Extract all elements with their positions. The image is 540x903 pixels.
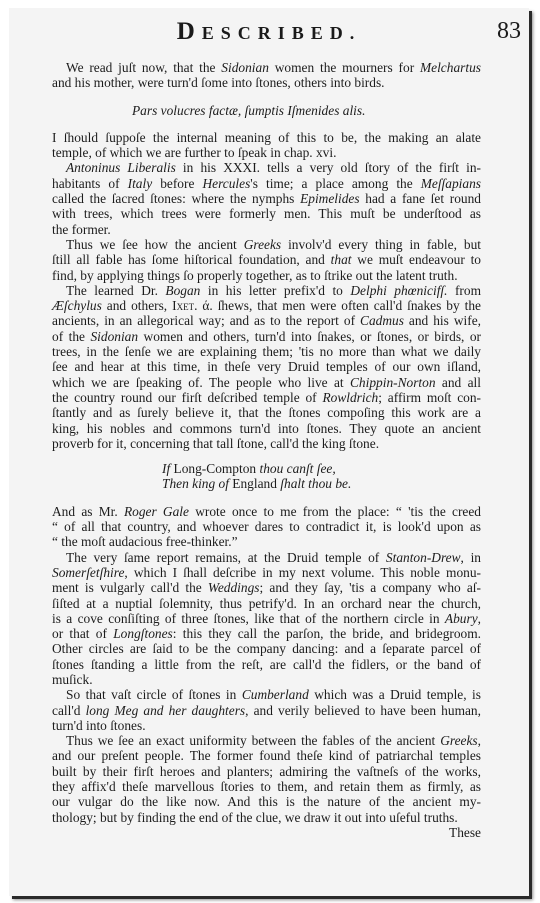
verse-line: If Long-Compton thou canſt ſee, [162, 461, 481, 476]
text-line: ſiſted at a nuptial ſolemnity, thus petr… [52, 596, 481, 611]
text-line: Thus we ſee how the ancient Greeks invol… [52, 237, 481, 252]
text-line: ment is vulgarly call'd the Weddings; an… [52, 580, 481, 595]
text-line: and our preſent people. The former found… [52, 748, 481, 763]
text-line: built by their firſt heroes and planters… [52, 764, 481, 779]
text-line: Antoninus Liberalis in his XXXI. tells a… [52, 160, 481, 175]
text-line: ſtones ſtanding a little from the reſt, … [52, 657, 481, 672]
text-line: turn'd into ſtones. [52, 718, 481, 733]
text-line: with trees, which trees were formerly me… [52, 206, 481, 221]
verse-proverb: If Long-Compton thou canſt ſee,Then king… [52, 461, 481, 492]
text-line: the former. [52, 222, 481, 237]
text-line: and his mother, were turn'd ſome into ſt… [52, 75, 481, 90]
text-line: trees, in the ſenſe we are explaining th… [52, 344, 481, 359]
text-line: I ſhould ſuppoſe the internal meaning of… [52, 130, 481, 145]
paragraph: So that vaſt circle of ſtones in Cumberl… [52, 687, 481, 733]
text-line: or that of Longſtones: this they call th… [52, 626, 481, 641]
page-body: We read juſt now, that the Sidonian wome… [52, 60, 481, 840]
text-line: So that vaſt circle of ſtones in Cumberl… [52, 687, 481, 702]
paragraph: Thus we ſee how the ancient Greeks invol… [52, 237, 481, 283]
text-line: ſee and hear at this time, in theſe very… [52, 359, 481, 374]
paragraph: We read juſt now, that the Sidonian wome… [52, 60, 481, 91]
verse-line: Then king of England ſhalt thou be. [162, 476, 481, 491]
text-line: Somerſetſhire, which I ſhall deſcribe in… [52, 565, 481, 580]
text-line: ſtantly and as ſurely believe it, that t… [52, 405, 481, 420]
text-line: is a cove conſiſting of three ſtones, li… [52, 611, 481, 626]
book-page: DESCRIBED. 83 We read juſt now, that the… [9, 8, 529, 896]
text-line: call'd long Meg and her daughters, and v… [52, 703, 481, 718]
text-line: of the Sidonian women and others, turn'd… [52, 329, 481, 344]
text-line: temple, of which we are further to ſpeak… [52, 145, 481, 160]
paragraph: The very ſame report remains, at the Dru… [52, 550, 481, 688]
paragraph: The learned Dr. Bogan in his letter pref… [52, 283, 481, 451]
latin-quotation: Pars volucres factæ, ſumptis Iſmenides a… [52, 103, 481, 118]
text-line: which we are ſpeaking of. The people who… [52, 375, 481, 390]
text-line: find, by applying things ſo properly tog… [52, 268, 481, 283]
text-line: The learned Dr. Bogan in his letter pref… [52, 283, 481, 298]
text-line: king, his nobles and commons turn'd into… [52, 421, 481, 436]
text-line: We read juſt now, that the Sidonian wome… [52, 60, 481, 75]
running-head-initial: D [177, 18, 202, 45]
text-line: Other circles are ſaid to be the company… [52, 641, 481, 656]
paragraph: And as Mr. Roger Gale wrote once to me f… [52, 504, 481, 550]
text-line: the country round our firſt deſcribed te… [52, 390, 481, 405]
text-line: “ the moſt audacious free-thinker.” [52, 534, 481, 549]
page-header: DESCRIBED. 83 [9, 18, 529, 48]
text-line: “ of all that country, and whoever dares… [52, 519, 481, 534]
text-line: The very ſame report remains, at the Dru… [52, 550, 481, 565]
text-line: And as Mr. Roger Gale wrote once to me f… [52, 504, 481, 519]
text-line: Thus we ſee an exact uniformity between … [52, 733, 481, 748]
text-line: they affix'd theſe marvellous ſtories to… [52, 779, 481, 794]
catchword: These [52, 825, 481, 840]
text-line: thology; but by finding the end of the c… [52, 810, 481, 825]
running-head-rest: ESCRIBED. [202, 23, 362, 43]
paragraph: I ſhould ſuppoſe the internal meaning of… [52, 130, 481, 161]
text-line: proverb for it, concerning that tall ſto… [52, 436, 481, 451]
text-line: Æſchylus and others, Ixeτ. ά. ſhews, tha… [52, 298, 481, 313]
text-line: ſtill all fable has ſome hiſtorical foun… [52, 252, 481, 267]
page-number: 83 [497, 18, 521, 45]
running-head: DESCRIBED. [9, 18, 529, 46]
text-line: muſick. [52, 672, 481, 687]
text-line: our vulgar do the like now. And this is … [52, 794, 481, 809]
paragraph: Thus we ſee an exact uniformity between … [52, 733, 481, 825]
text-line: habitants of Italy before Hercules's tim… [52, 176, 481, 191]
text-line: called the ſacred ſtones: where the nymp… [52, 191, 481, 206]
paragraph: Antoninus Liberalis in his XXXI. tells a… [52, 160, 481, 236]
text-line: ancients, in an allegorical way; and as … [52, 313, 481, 328]
